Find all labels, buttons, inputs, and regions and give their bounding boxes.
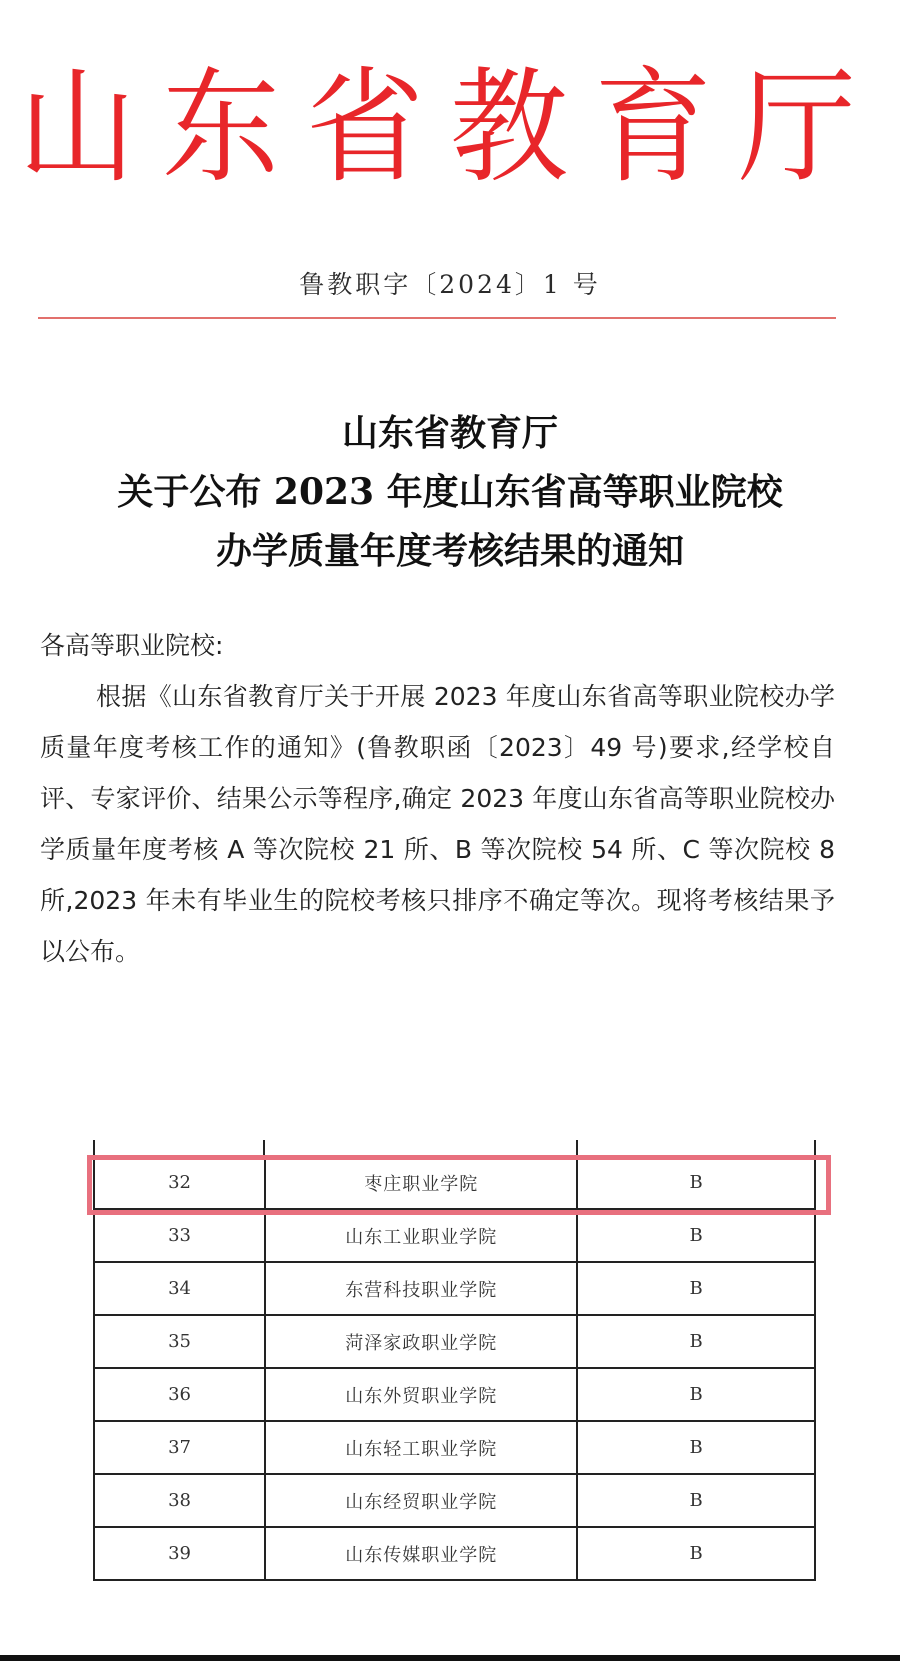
- results-table: 32 枣庄职业学院 B 33 山东工业职业学院 B 34 东营科技职业学院 B …: [93, 1157, 816, 1581]
- table-row: 34 东营科技职业学院 B: [94, 1262, 815, 1315]
- table-row: 33 山东工业职业学院 B: [94, 1209, 815, 1262]
- table-rule: [263, 1140, 265, 1157]
- grade-cell: B: [577, 1315, 815, 1368]
- table-rule: [576, 1140, 578, 1157]
- school-name-cell: 山东工业职业学院: [265, 1209, 577, 1262]
- grade-cell: B: [577, 1262, 815, 1315]
- grade-cell: B: [577, 1368, 815, 1421]
- table-continuation-lines: [93, 1140, 816, 1157]
- title-line-1: 山东省教育厅: [0, 404, 900, 463]
- rank-cell: 35: [94, 1315, 265, 1368]
- rank-cell: 36: [94, 1368, 265, 1421]
- table-row: 36 山东外贸职业学院 B: [94, 1368, 815, 1421]
- rank-cell: 33: [94, 1209, 265, 1262]
- rank-cell: 34: [94, 1262, 265, 1315]
- table-row: 39 山东传媒职业学院 B: [94, 1527, 815, 1580]
- table-row: 32 枣庄职业学院 B: [94, 1157, 815, 1209]
- table-row: 35 菏泽家政职业学院 B: [94, 1315, 815, 1368]
- salutation: 各高等职业院校:: [40, 620, 835, 671]
- grade-cell: B: [577, 1527, 815, 1580]
- table-row: 37 山东轻工职业学院 B: [94, 1421, 815, 1474]
- bottom-edge-strip: [0, 1655, 900, 1661]
- title-line-3: 办学质量年度考核结果的通知: [0, 522, 900, 581]
- rank-cell: 39: [94, 1527, 265, 1580]
- grade-cell: B: [577, 1421, 815, 1474]
- title-line-2: 关于公布 2023 年度山东省高等职业院校: [0, 463, 900, 522]
- body-paragraph: 根据《山东省教育厅关于开展 2023 年度山东省高等职业院校办学质量年度考核工作…: [40, 671, 835, 977]
- notice-title: 山东省教育厅 关于公布 2023 年度山东省高等职业院校 办学质量年度考核结果的…: [0, 404, 900, 581]
- grade-cell: B: [577, 1157, 815, 1209]
- masthead-title: 山东省教育厅: [0, 59, 900, 196]
- rank-cell: 32: [94, 1157, 265, 1209]
- school-name-cell: 东营科技职业学院: [265, 1262, 577, 1315]
- school-name-cell: 山东经贸职业学院: [265, 1474, 577, 1527]
- school-name-cell: 山东传媒职业学院: [265, 1527, 577, 1580]
- table-row: 38 山东经贸职业学院 B: [94, 1474, 815, 1527]
- rank-cell: 37: [94, 1421, 265, 1474]
- table-rule: [814, 1140, 816, 1157]
- rank-cell: 38: [94, 1474, 265, 1527]
- school-name-cell: 山东外贸职业学院: [265, 1368, 577, 1421]
- notice-body: 各高等职业院校: 根据《山东省教育厅关于开展 2023 年度山东省高等职业院校办…: [40, 620, 835, 977]
- school-name-cell: 枣庄职业学院: [265, 1157, 577, 1209]
- school-name-cell: 山东轻工职业学院: [265, 1421, 577, 1474]
- grade-cell: B: [577, 1474, 815, 1527]
- red-divider: [38, 317, 836, 319]
- school-name-cell: 菏泽家政职业学院: [265, 1315, 577, 1368]
- grade-cell: B: [577, 1209, 815, 1262]
- table-rule: [93, 1140, 95, 1157]
- document-number: 鲁教职字〔2024〕1 号: [0, 265, 900, 301]
